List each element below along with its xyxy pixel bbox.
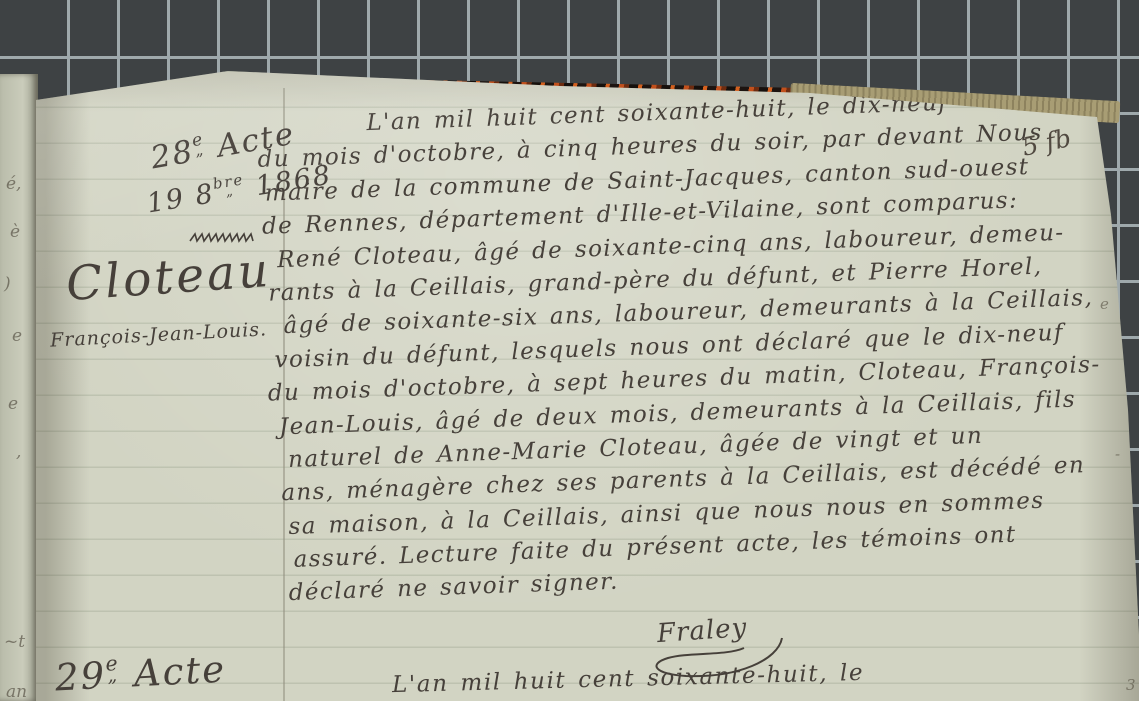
next-act-first-line: L'an mil huit cent soixante-huit, le [392,660,865,698]
next-act-number: 29 [54,654,107,700]
bleedthrough-fragment: an [6,682,27,701]
next-act-number-heading: 29e„ Acte [54,648,227,700]
bleedthrough-fragment: , [16,442,21,462]
edge-ink-mark: 3 [1126,676,1136,694]
bleedthrough-fragment: e [8,394,18,414]
act-date-month-abbrev: bre„ [212,175,246,198]
act-date-day: 19 [145,183,188,220]
bleedthrough-fragment: ~t [4,632,25,652]
act-body-text: L'an mil huit cent soixante-huit, le dix… [254,81,1139,612]
bleedthrough-fragment: é, [6,174,21,194]
deceased-surname: Cloteau [64,243,273,312]
next-act-word: Acte [133,648,227,696]
bleedthrough-fragment: ) [4,274,11,294]
deceased-given-names: François-Jean-Louis. [50,318,268,351]
previous-page-edge: é, è ) e e , ~t an [0,74,38,701]
bleedthrough-fragment: e [12,326,22,346]
act-number-ordinal: e„ [191,134,207,157]
edge-ink-mark: e [1100,295,1109,313]
act-number: 28 [148,133,197,176]
bleedthrough-fragment: è [10,222,20,242]
next-act-ordinal: e„ [105,657,120,683]
edge-ink-mark: - [1115,445,1120,463]
